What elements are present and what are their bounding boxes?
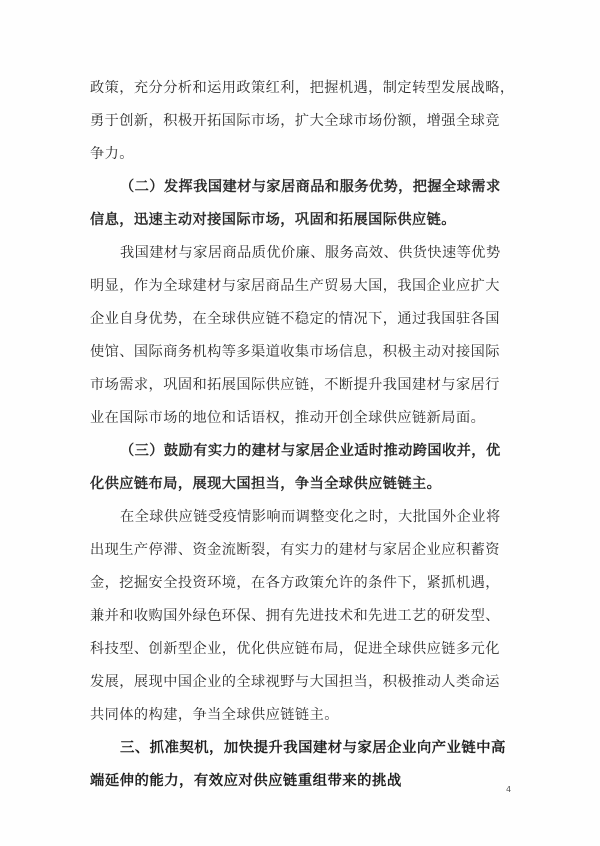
- subsection-2-body: 我国建材与家居商品质优价廉、服务高效、供货快速等优势 明显，作为全球建材与家居商…: [90, 237, 510, 435]
- text-line: 使馆、国际商务机构等多渠道收集市场信息，积极主动对接国际: [90, 336, 510, 369]
- continuation-paragraph: 政策，充分分析和运用政策红利，把握机遇，制定转型发展战略， 勇于创新，积极开拓国…: [90, 72, 510, 171]
- text-line: 企业自身优势，在全球供应链不稳定的情况下，通过我国驻各国: [90, 303, 510, 336]
- text-line: 共同体的构建，争当全球供应链链主。: [90, 699, 510, 732]
- text-line: 勇于创新，积极开拓国际市场，扩大全球市场份额，增强全球竞: [90, 105, 510, 138]
- subsection-3-heading: （三）鼓励有实力的建材与家居企业适时推动跨国收并，优 化供应链布局，展现大国担当…: [90, 435, 510, 501]
- document-page: 政策，充分分析和运用政策红利，把握机遇，制定转型发展战略， 勇于创新，积极开拓国…: [0, 0, 600, 846]
- text-line: 科技型、创新型企业，优化供应链布局，促进全球供应链多元化: [90, 633, 510, 666]
- text-line: 业在国际市场的地位和话语权，推动开创全球供应链新局面。: [90, 402, 510, 435]
- text-line: 市场需求，巩固和拓展国际供应链，不断提升我国建材与家居行: [90, 369, 510, 402]
- heading-line: 三、抓准契机，加快提升我国建材与家居企业向产业链中高: [90, 732, 510, 765]
- text-line: 发展，展现中国企业的全球视野与大国担当，积极推动人类命运: [90, 666, 510, 699]
- heading-line: 端延伸的能力，有效应对供应链重组带来的挑战: [90, 765, 510, 798]
- section-3-heading: 三、抓准契机，加快提升我国建材与家居企业向产业链中高 端延伸的能力，有效应对供应…: [90, 732, 510, 798]
- heading-line: 信息，迅速主动对接国际市场，巩固和拓展国际供应链。: [90, 204, 510, 237]
- text-line: 兼并和收购国外绿色环保、拥有先进技术和先进工艺的研发型、: [90, 600, 510, 633]
- subsection-3-body: 在全球供应链受疫情影响而调整变化之时，大批国外企业将 出现生产停滞、资金流断裂，…: [90, 501, 510, 732]
- page-number: 4: [506, 785, 511, 794]
- text-line: 金，挖掘安全投资环境，在各方政策允许的条件下，紧抓机遇，: [90, 567, 510, 600]
- heading-line: （二）发挥我国建材与家居商品和服务优势，把握全球需求: [90, 171, 510, 204]
- text-line: 我国建材与家居商品质优价廉、服务高效、供货快速等优势: [90, 237, 510, 270]
- heading-line: 化供应链布局，展现大国担当，争当全球供应链链主。: [90, 468, 510, 501]
- text-line: 明显，作为全球建材与家居商品生产贸易大国，我国企业应扩大: [90, 270, 510, 303]
- text-line: 争力。: [90, 138, 510, 171]
- text-line: 在全球供应链受疫情影响而调整变化之时，大批国外企业将: [90, 501, 510, 534]
- subsection-2-heading: （二）发挥我国建材与家居商品和服务优势，把握全球需求 信息，迅速主动对接国际市场…: [90, 171, 510, 237]
- text-line: 政策，充分分析和运用政策红利，把握机遇，制定转型发展战略，: [90, 72, 510, 105]
- heading-line: （三）鼓励有实力的建材与家居企业适时推动跨国收并，优: [90, 435, 510, 468]
- text-line: 出现生产停滞、资金流断裂，有实力的建材与家居企业应积蓄资: [90, 534, 510, 567]
- document-body: 政策，充分分析和运用政策红利，把握机遇，制定转型发展战略， 勇于创新，积极开拓国…: [90, 72, 510, 798]
